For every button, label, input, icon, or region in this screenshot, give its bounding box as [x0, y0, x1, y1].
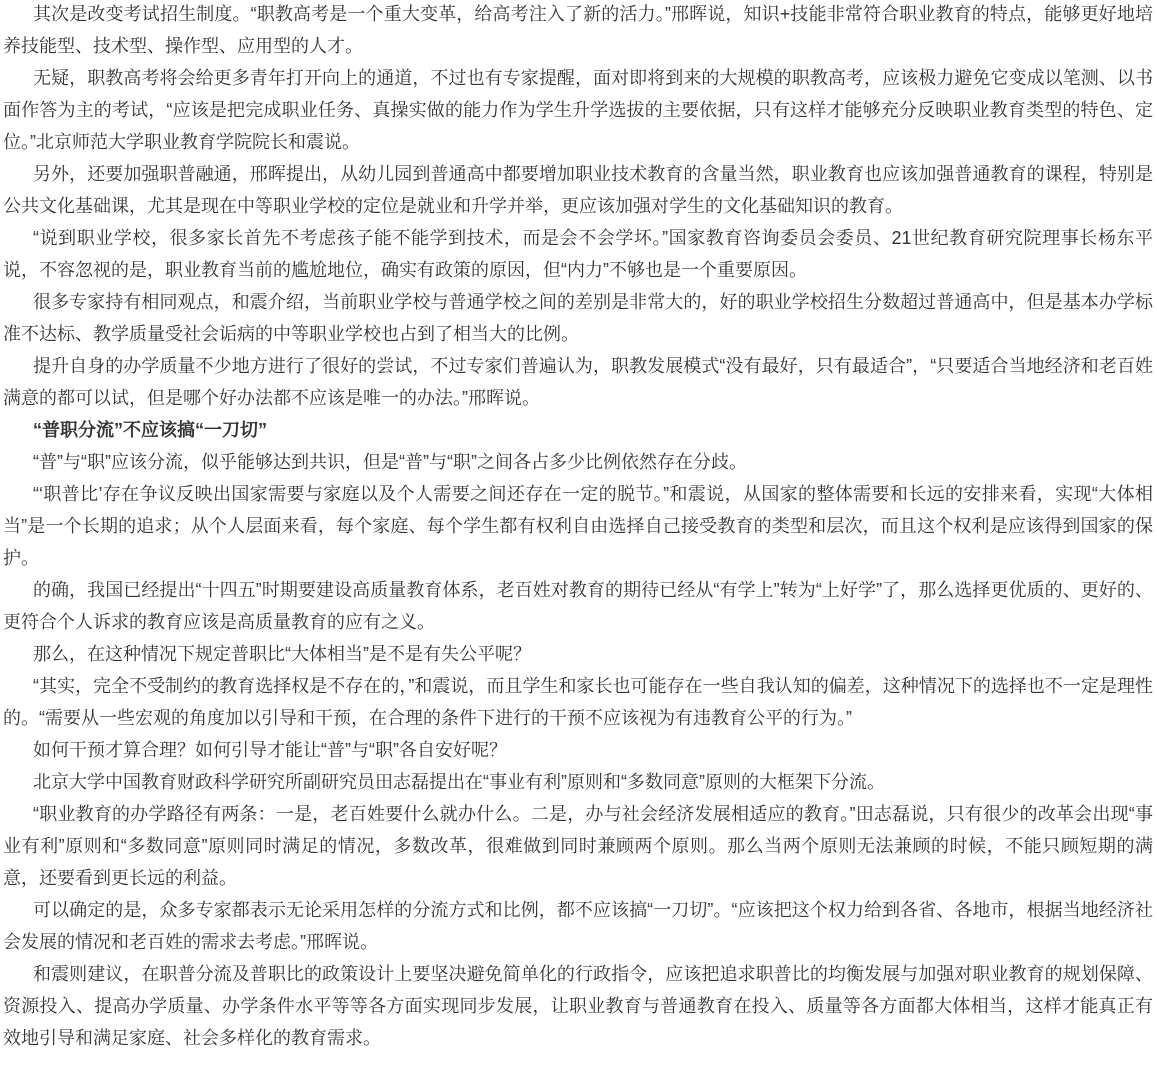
paragraph: “‘职普比’存在争议反映出国家需要与家庭以及个人需要之间还存在一定的脱节。”和震…	[3, 478, 1153, 574]
article-body: 其次是改变考试招生制度。“职教高考是一个重大变革，给高考注入了新的活力。”邢晖说…	[0, 0, 1157, 1054]
paragraph: 北京大学中国教育财政科学研究所副研究员田志磊提出在“事业有利”原则和“多数同意”…	[3, 766, 1153, 798]
paragraph: 其次是改变考试招生制度。“职教高考是一个重大变革，给高考注入了新的活力。”邢晖说…	[3, 0, 1153, 62]
paragraph: 可以确定的是，众多专家都表示无论采用怎样的分流方式和比例，都不应该搞“一刀切”。…	[3, 894, 1153, 958]
section-heading: “普职分流”不应该搞“一刀切”	[3, 414, 1153, 446]
paragraph: 如何干预才算合理？如何引导才能让“普”与“职”各自安好呢？	[3, 734, 1153, 766]
paragraph: “其实，完全不受制约的教育选择权是不存在的，”和震说，而且学生和家长也可能存在一…	[3, 670, 1153, 734]
paragraph: 另外，还要加强职普融通，邢晖提出，从幼儿园到普通高中都要增加职业技术教育的含量当…	[3, 158, 1153, 222]
paragraph: 那么，在这种情况下规定普职比“大体相当”是不是有失公平呢？	[3, 638, 1153, 670]
paragraph: 和震则建议，在职普分流及普职比的政策设计上要坚决避免简单化的行政指令，应该把追求…	[3, 958, 1153, 1054]
paragraph: “说到职业学校，很多家长首先不考虑孩子能不能学到技术，而是会不会学坏。”国家教育…	[3, 222, 1153, 286]
paragraph: 无疑，职教高考将会给更多青年打开向上的通道，不过也有专家提醒，面对即将到来的大规…	[3, 62, 1153, 158]
paragraph: 很多专家持有相同观点，和震介绍，当前职业学校与普通学校之间的差别是非常大的，好的…	[3, 286, 1153, 350]
paragraph: 的确，我国已经提出“十四五”时期要建设高质量教育体系，老百姓对教育的期待已经从“…	[3, 574, 1153, 638]
paragraph: 提升自身的办学质量不少地方进行了很好的尝试，不过专家们普遍认为，职教发展模式“没…	[3, 350, 1153, 414]
paragraph: “职业教育的办学路径有两条：一是，老百姓要什么就办什么。二是，办与社会经济发展相…	[3, 798, 1153, 894]
paragraph: “普”与“职”应该分流，似乎能够达到共识，但是“普”与“职”之间各占多少比例依然…	[3, 446, 1153, 478]
